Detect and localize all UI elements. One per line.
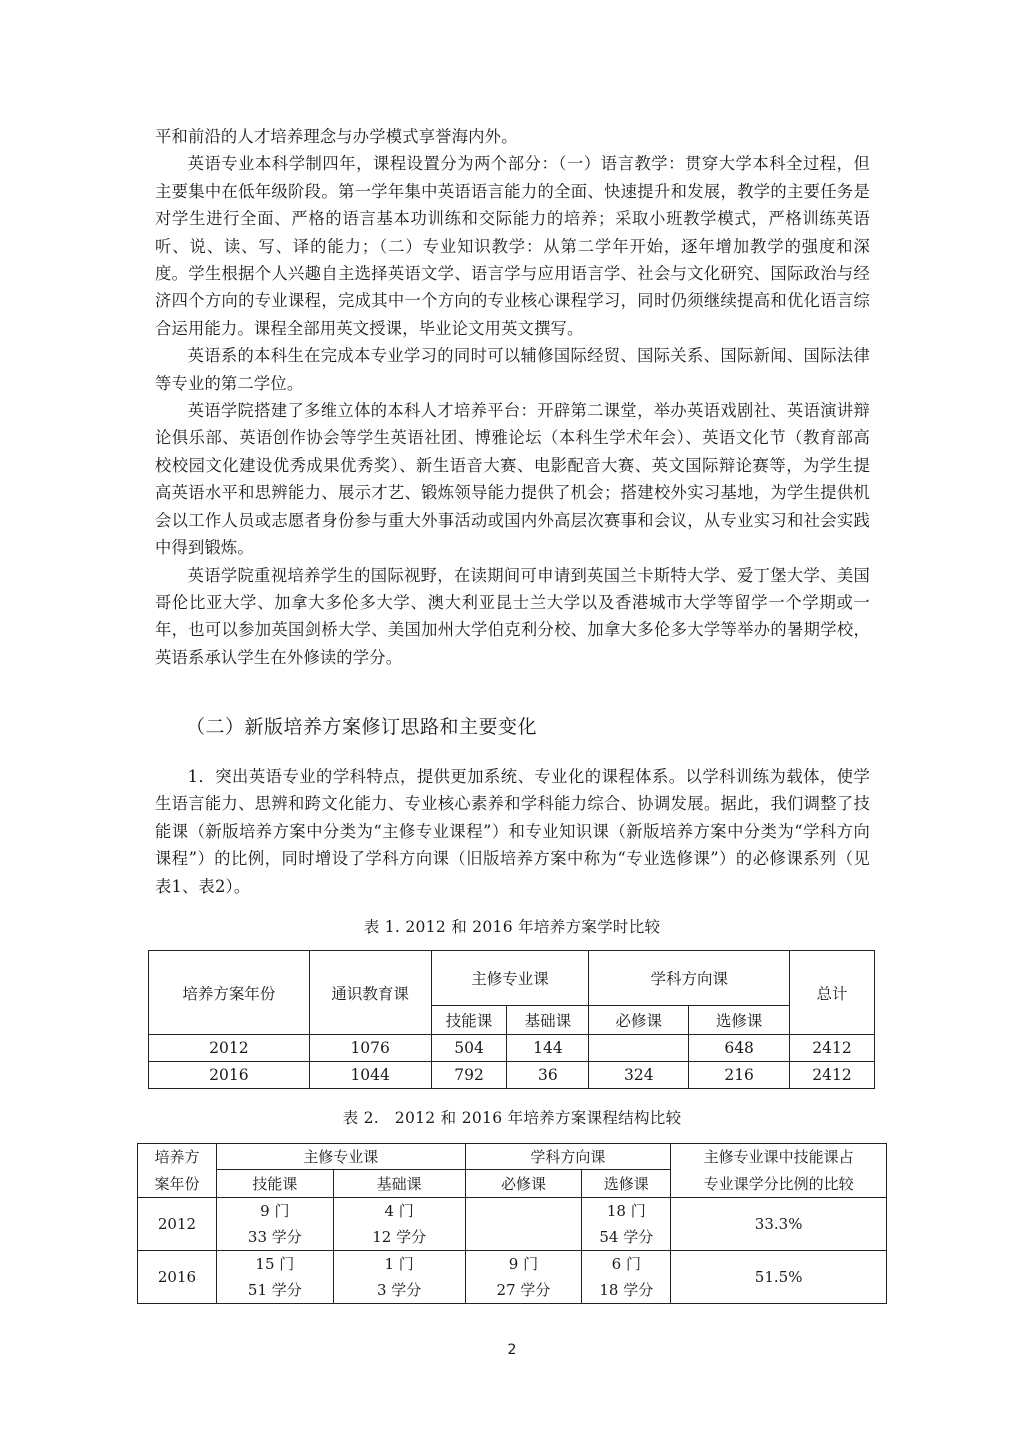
page-number: 2 [0,1342,1024,1358]
table2-caption: 表 2. 2012 和 2016 年培养方案课程结构比较 [0,1106,1024,1128]
header-major: 主修专业课 [431,951,589,1006]
course-count: 1 门 [334,1251,465,1277]
cell-basic: 1 门3 学分 [333,1251,465,1304]
header-general: 通识教育课 [309,951,431,1035]
paragraph-continuation: 平和前沿的人才培养理念与办学模式享誉海内外。 [155,123,870,150]
paragraph-platform: 英语学院搭建了多维立体的本科人才培养平台：开辟第二课堂，举办英语戏剧社、英语演讲… [155,397,870,561]
header-basic: 基础课 [333,1170,465,1198]
course-count: 15 门 [217,1251,333,1277]
cell-basic: 144 [507,1035,589,1062]
credit-count: 12 学分 [334,1224,465,1250]
header-skill: 技能课 [216,1170,333,1198]
cell-skill: 9 门33 学分 [216,1198,333,1251]
credit-count: 54 学分 [582,1224,670,1250]
credit-count: 3 学分 [334,1277,465,1303]
header-total: 总计 [790,951,875,1035]
cell-skill: 792 [431,1062,507,1089]
cell-skill: 504 [431,1035,507,1062]
cell-year: 2016 [149,1062,310,1089]
intro-text: 平和前沿的人才培养理念与办学模式享誉海内外。 英语专业本科学制四年，课程设置分为… [155,123,870,671]
cell-skill: 15 门51 学分 [216,1251,333,1304]
paragraph-minor-degree: 英语系的本科生在完成本专业学习的同时可以辅修国际经贸、国际关系、国际新闻、国际法… [155,342,870,397]
header-major: 主修专业课 [216,1144,465,1170]
cell-general: 1076 [309,1035,431,1062]
credit-count: 51 学分 [217,1277,333,1303]
credit-count: 27 学分 [466,1277,582,1303]
header-elective: 选修课 [689,1006,790,1035]
course-count: 9 门 [217,1198,333,1224]
cell-required: 9 门27 学分 [465,1251,582,1304]
paragraph-point-1: 1．突出英语专业的学科特点，提供更加系统、专业化的课程体系。以学科训练为载体，使… [155,763,870,900]
course-count: 9 门 [466,1251,582,1277]
cell-elective: 648 [689,1035,790,1062]
cell-required [465,1198,582,1251]
course-count: 18 门 [582,1198,670,1224]
table-row: 2016 15 门51 学分 1 门3 学分 9 门27 学分 6 门18 学分… [138,1251,887,1304]
section-heading: （二）新版培养方案修订思路和主要变化 [186,712,537,739]
cell-elective: 216 [689,1062,790,1089]
cell-ratio: 33.3% [671,1198,887,1251]
header-ratio-line1: 主修专业课中技能课占 [671,1144,887,1170]
header-ratio-line2: 专业课学分比例的比较 [671,1170,887,1198]
cell-total: 2412 [790,1035,875,1062]
cell-basic: 4 门12 学分 [333,1198,465,1251]
header-basic: 基础课 [507,1006,589,1035]
cell-required: 324 [589,1062,689,1089]
cell-required [589,1035,689,1062]
table-row: 2012 9 门33 学分 4 门12 学分 18 门54 学分 33.3% [138,1198,887,1251]
cell-year: 2016 [138,1251,217,1304]
header-required: 必修课 [465,1170,582,1198]
cell-elective: 6 门18 学分 [582,1251,671,1304]
table-row: 2016 1044 792 36 324 216 2412 [149,1062,875,1089]
header-year-line2: 案年份 [138,1170,217,1198]
cell-general: 1044 [309,1062,431,1089]
table-header-row: 培养方 主修专业课 学科方向课 主修专业课中技能课占 [138,1144,887,1170]
table-structure-comparison: 培养方 主修专业课 学科方向课 主修专业课中技能课占 案年份 技能课 基础课 必… [137,1143,887,1304]
cell-elective: 18 门54 学分 [582,1198,671,1251]
paragraph-international: 英语学院重视培养学生的国际视野，在读期间可申请到英国兰卡斯特大学、爱丁堡大学、美… [155,562,870,672]
header-direction: 学科方向课 [589,951,790,1006]
table-subheader-row: 案年份 技能课 基础课 必修课 选修课 专业课学分比例的比较 [138,1170,887,1198]
course-count: 4 门 [334,1198,465,1224]
table-hours-comparison: 培养方案年份 通识教育课 主修专业课 学科方向课 总计 技能课 基础课 必修课 … [148,950,875,1089]
section-text: 1．突出英语专业的学科特点，提供更加系统、专业化的课程体系。以学科训练为载体，使… [155,763,870,900]
cell-year: 2012 [149,1035,310,1062]
table-header-row: 培养方案年份 通识教育课 主修专业课 学科方向课 总计 [149,951,875,1006]
cell-ratio: 51.5% [671,1251,887,1304]
header-elective: 选修课 [582,1170,671,1198]
cell-year: 2012 [138,1198,217,1251]
paragraph-curriculum: 英语专业本科学制四年，课程设置分为两个部分：（一）语言教学：贯穿大学本科全过程，… [155,150,870,342]
course-count: 6 门 [582,1251,670,1277]
header-direction: 学科方向课 [465,1144,671,1170]
table1-caption: 表 1. 2012 和 2016 年培养方案学时比较 [0,915,1024,937]
header-skill: 技能课 [431,1006,507,1035]
header-year-line1: 培养方 [138,1144,217,1170]
document-page: 平和前沿的人才培养理念与办学模式享誉海内外。 英语专业本科学制四年，课程设置分为… [0,0,1024,1448]
header-year: 培养方案年份 [149,951,310,1035]
cell-total: 2412 [790,1062,875,1089]
table-row: 2012 1076 504 144 648 2412 [149,1035,875,1062]
credit-count: 33 学分 [217,1224,333,1250]
header-required: 必修课 [589,1006,689,1035]
credit-count: 18 学分 [582,1277,670,1303]
cell-basic: 36 [507,1062,589,1089]
